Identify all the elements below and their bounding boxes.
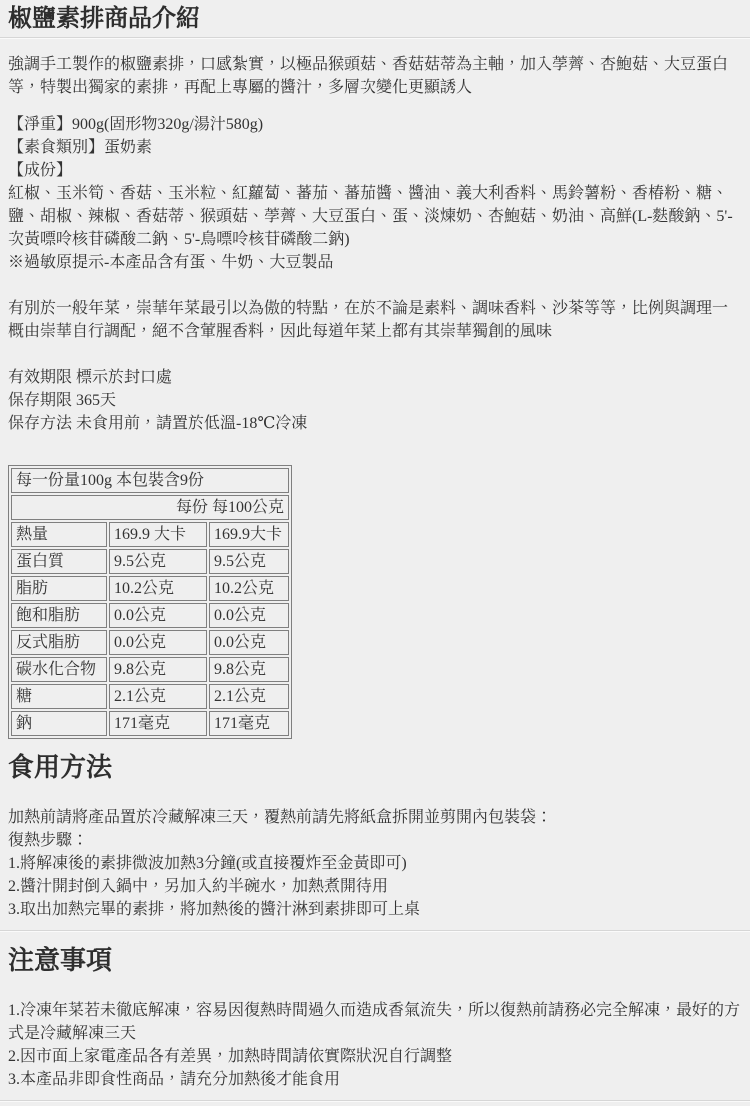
table-row-unit-header: 每份 每100公克 [11,495,289,520]
nutrient-label: 脂肪 [11,576,107,601]
reheat-step: 2.醬汁開封倒入鍋中，另加入約半碗水，加熱煮開待用 [8,875,742,898]
notes-section-heading: 注意事項 [8,946,742,976]
vegetarian-category: 【素食類別】蛋奶素 [8,136,742,159]
spacer [8,1091,742,1100]
per-100g-value: 171毫克 [209,711,289,736]
allergen-note: ※過敏原提示-本產品含有蛋、牛奶、大豆製品 [8,251,742,274]
notes-list: 1.冷凍年菜若未徹底解凍，容易因復熱時間過久而造成香氣流失，所以復熱前請務必完全… [8,999,742,1091]
note-item: 3.本產品非即食性商品，請充分加熱後才能食用 [8,1068,742,1091]
table-row-serving-header: 每一份量100g 本包裝含9份 [11,468,289,493]
nutrient-label: 糖 [11,684,107,709]
page-title: 椒鹽素排商品介紹 [8,0,742,37]
per-100g-value: 2.1公克 [209,684,289,709]
per-100g-value: 9.5公克 [209,549,289,574]
ingredients-heading: 【成份】 [8,159,742,182]
per-100g-value: 10.2公克 [209,576,289,601]
nutrient-label: 碳水化合物 [11,657,107,682]
table-row: 熱量 169.9 大卡 169.9大卡 [11,522,289,547]
spacer [8,921,742,930]
validity-period: 有效期限 標示於封口處 [8,366,742,389]
title-divider [0,37,750,39]
storage-info: 有效期限 標示於封口處 保存期限 365天 保存方法 未食用前，請置於低溫-18… [8,366,742,435]
nutrient-label: 飽和脂肪 [11,603,107,628]
per-serving-value: 0.0公克 [109,630,207,655]
per-serving-value: 9.5公克 [109,549,207,574]
table-row: 糖 2.1公克 2.1公克 [11,684,289,709]
usage-intro: 加熱前請將產品置於冷藏解凍三天，覆熱前請先將紙盒拆開並剪開內包裝袋： [8,806,742,829]
per-serving-value: 9.8公克 [109,657,207,682]
serving-header-cell: 每一份量100g 本包裝含9份 [11,468,289,493]
table-row: 飽和脂肪 0.0公克 0.0公克 [11,603,289,628]
nutrient-label: 蛋白質 [11,549,107,574]
nutrient-label: 熱量 [11,522,107,547]
brand-paragraph: 有別於一般年菜，崇華年菜最引以為傲的特點，在於不論是素料、調味香料、沙茶等等，比… [8,297,742,343]
intro-paragraph: 強調手工製作的椒鹽素排，口感紮實，以極品猴頭菇、香菇菇蒂為主軸，加入荸薺、杏鮑菇… [8,53,742,99]
notes-divider [0,930,750,932]
table-row: 反式脂肪 0.0公克 0.0公克 [11,630,289,655]
reheat-step: 1.將解凍後的素排微波加熱3分鐘(或直接覆炸至金黃即可) [8,852,742,875]
unit-header-cell: 每份 每100公克 [11,495,289,520]
per-100g-value: 9.8公克 [209,657,289,682]
per-serving-value: 10.2公克 [109,576,207,601]
usage-instructions: 加熱前請將產品置於冷藏解凍三天，覆熱前請先將紙盒拆開並剪開內包裝袋： 復熱步驟：… [8,806,742,921]
reheat-steps-label: 復熱步驟： [8,829,742,852]
per-100g-value: 0.0公克 [209,630,289,655]
per-serving-value: 171毫克 [109,711,207,736]
note-item: 2.因市面上家電產品各有差異，加熱時間請依實際狀況自行調整 [8,1045,742,1068]
ingredients-list: 紅椒、玉米筍、香菇、玉米粒、紅蘿蔔、蕃茄、蕃茄醬、醬油、義大利香料、馬鈴薯粉、香… [8,182,742,251]
nutrition-facts-table: 每一份量100g 本包裝含9份 每份 每100公克 熱量 169.9 大卡 16… [8,465,292,739]
per-serving-value: 169.9 大卡 [109,522,207,547]
storage-method: 保存方法 未食用前，請置於低溫-18℃冷凍 [8,412,742,435]
nutrient-label: 鈉 [11,711,107,736]
per-serving-value: 2.1公克 [109,684,207,709]
note-item: 1.冷凍年菜若未徹底解凍，容易因復熱時間過久而造成香氣流失，所以復熱前請務必完全… [8,999,742,1045]
per-100g-value: 169.9大卡 [209,522,289,547]
product-specs: 【淨重】900g(固形物320g/湯汁580g) 【素食類別】蛋奶素 【成份】 … [8,113,742,274]
reheat-step: 3.取出加熱完畢的素排，將加熱後的醬汁淋到素排即可上桌 [8,898,742,921]
net-weight: 【淨重】900g(固形物320g/湯汁580g) [8,113,742,136]
nutrient-label: 反式脂肪 [11,630,107,655]
per-100g-value: 0.0公克 [209,603,289,628]
shelf-life: 保存期限 365天 [8,389,742,412]
table-row: 碳水化合物 9.8公克 9.8公克 [11,657,289,682]
table-row: 鈉 171毫克 171毫克 [11,711,289,736]
table-row: 蛋白質 9.5公克 9.5公克 [11,549,289,574]
usage-section-heading: 食用方法 [8,753,742,783]
product-description-page: 椒鹽素排商品介紹 強調手工製作的椒鹽素排，口感紮實，以極品猴頭菇、香菇菇蒂為主軸… [0,0,750,1106]
per-serving-value: 0.0公克 [109,603,207,628]
bottom-divider [0,1100,750,1102]
table-row: 脂肪 10.2公克 10.2公克 [11,576,289,601]
